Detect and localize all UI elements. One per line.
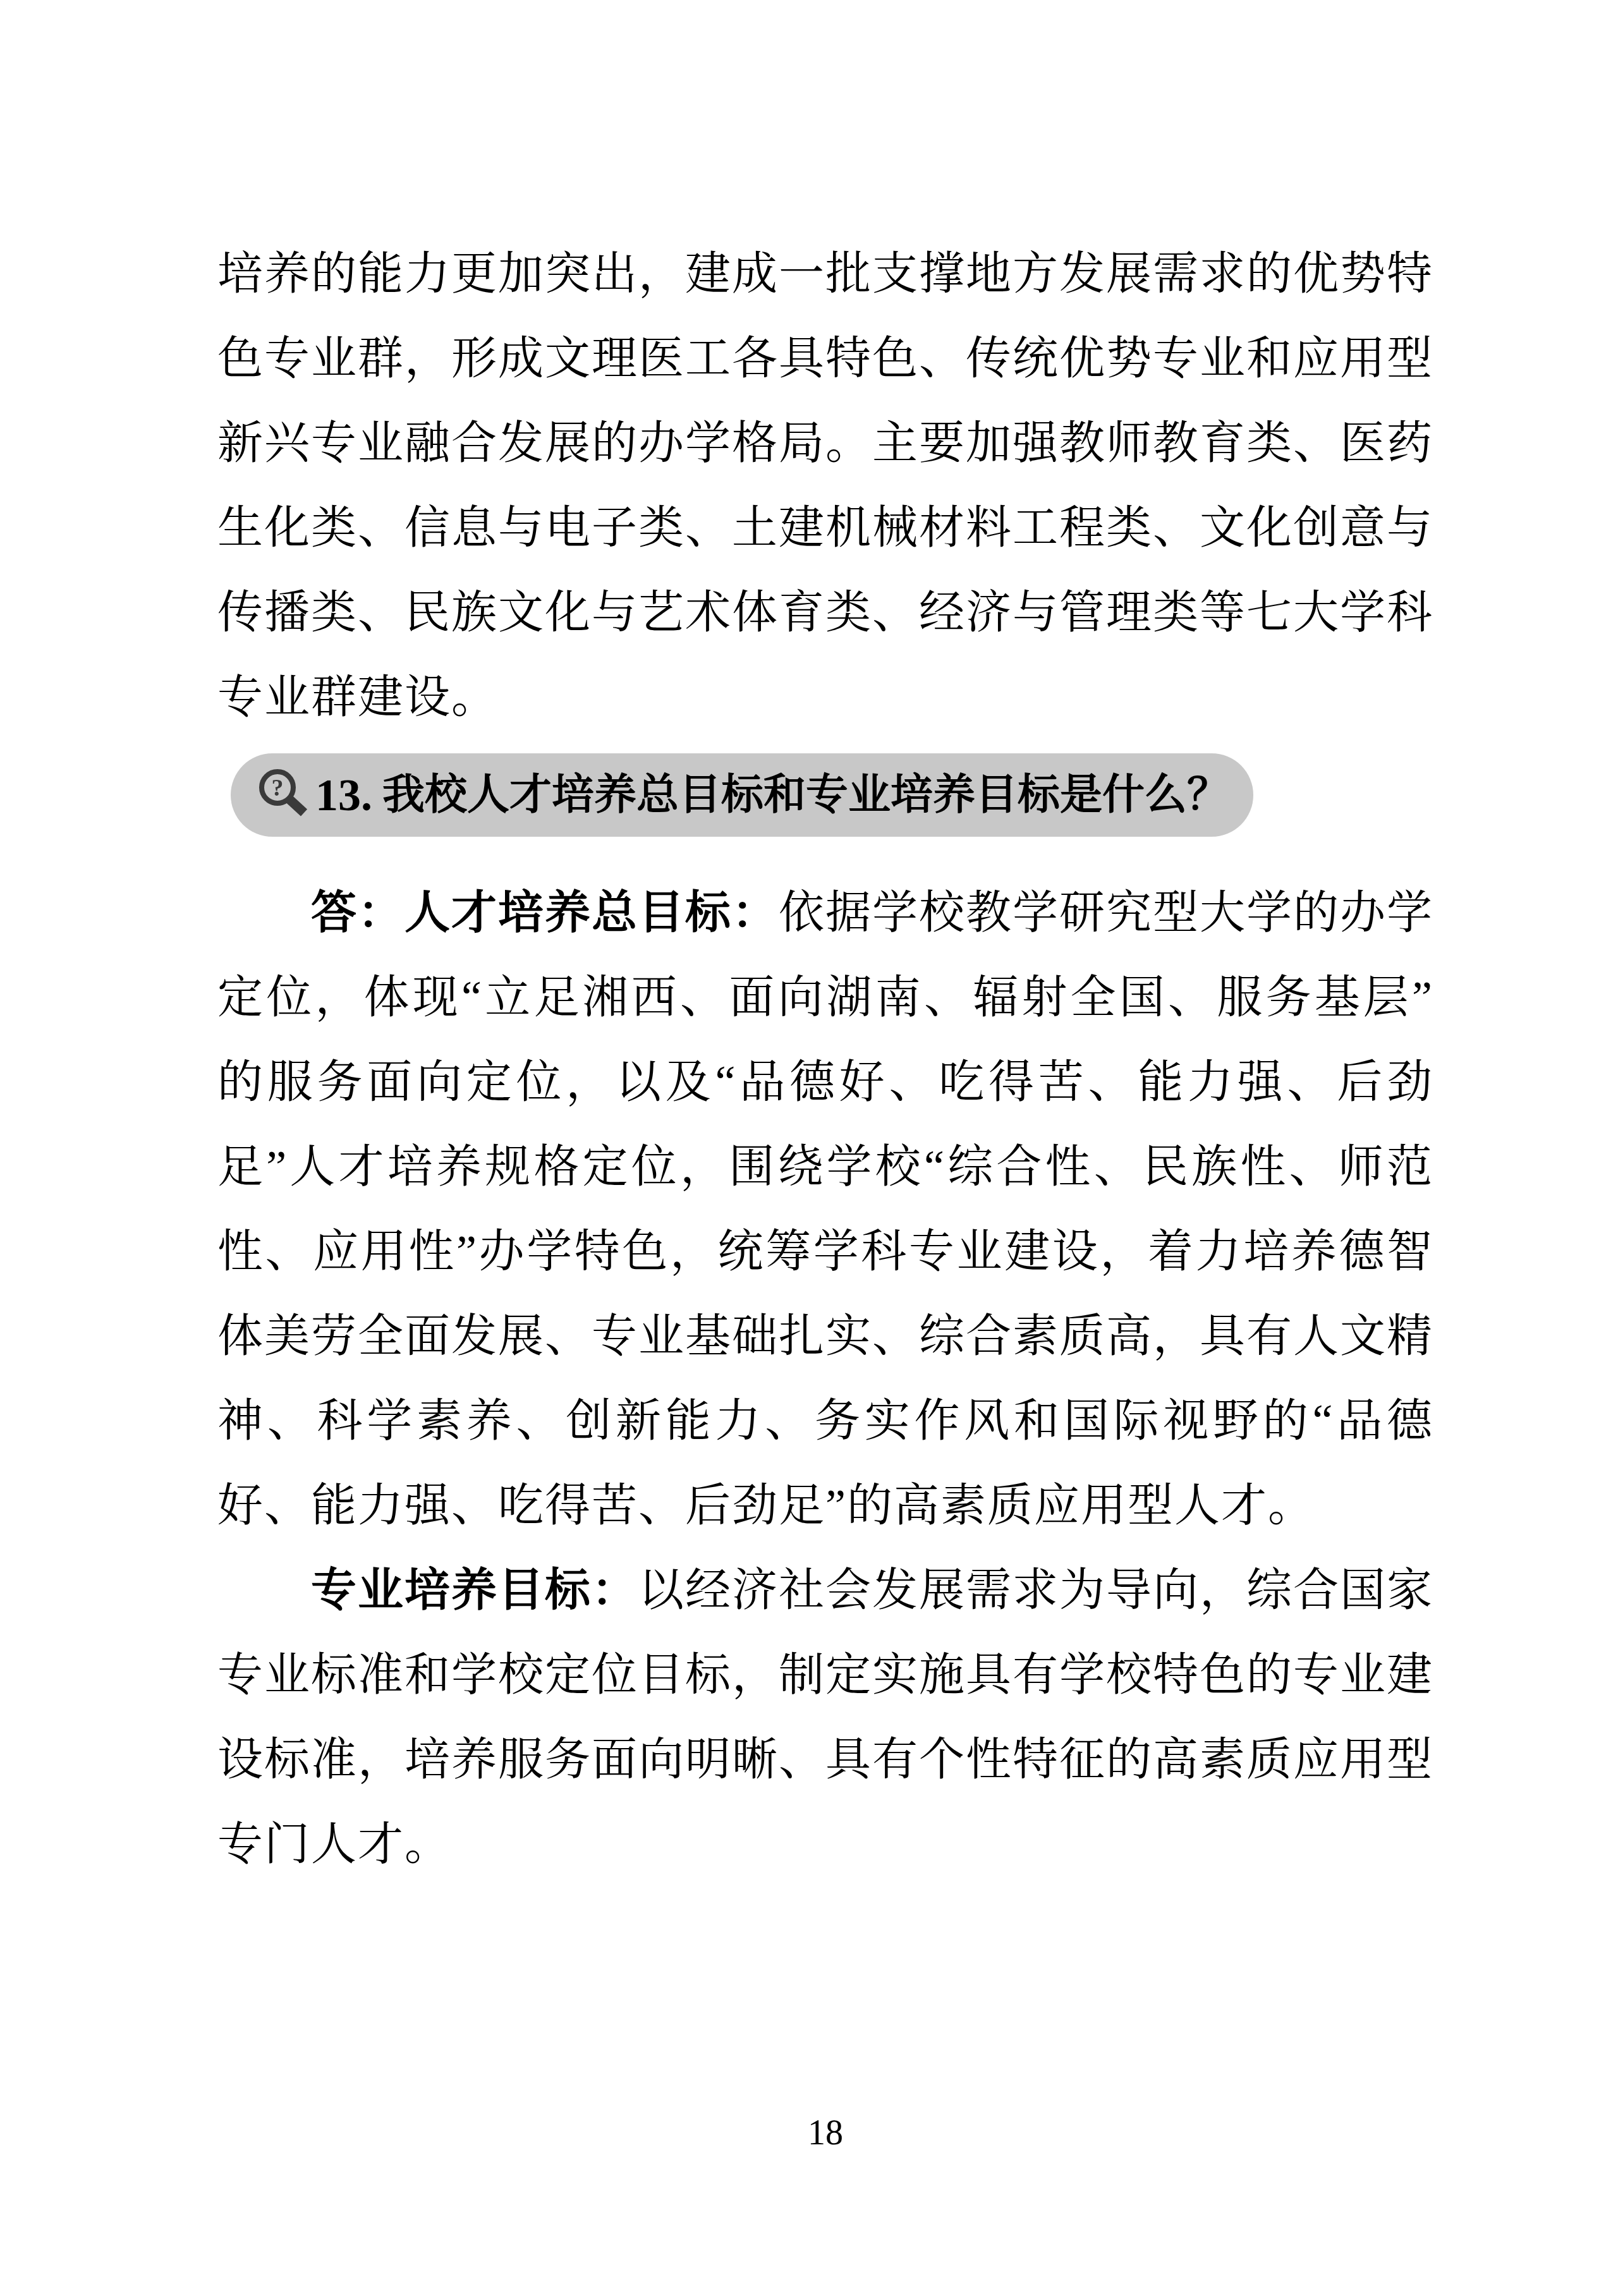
text-run: 培养的能力更加突出，建成一批支撑地方发展需求的优势特 (217, 248, 1433, 299)
content-column: 培养的能力更加突出，建成一批支撑地方发展需求的优势特色专业群，形成文理医工各具特… (217, 231, 1433, 1886)
text-line: 专业标准和学校定位目标，制定实施具有学校特色的专业建 (217, 1632, 1433, 1717)
magnifier-question-icon: ? (257, 768, 313, 822)
text-run: 新兴专业融合发展的办学格局。主要加强教师教育类、医药 (217, 418, 1433, 468)
text-run: 传播类、民族文化与艺术体育类、经济与管理类等七大学科 (217, 587, 1433, 638)
bold-run: 专业培养目标： (311, 1565, 638, 1615)
paragraph-answer-major-goal: 专业培养目标：以经济社会发展需求为导向，综合国家专业标准和学校定位目标，制定实施… (217, 1548, 1433, 1886)
text-run: 性、应用性”办学特色，统筹学科专业建设，着力培养德智 (217, 1226, 1433, 1277)
text-line: 神、科学素养、创新能力、务实作风和国际视野的“品德 (217, 1378, 1433, 1463)
text-run: 专业群建设。 (217, 672, 498, 722)
text-line: 设标准，培养服务面向明晰、具有个性特征的高素质应用型 (217, 1717, 1433, 1802)
text-run: 的服务面向定位，以及“品德好、吃得苦、能力强、后劲 (217, 1057, 1433, 1107)
bold-run: 答：人才培养总目标： (311, 887, 779, 938)
text-run: 色专业群，形成文理医工各具特色、传统优势专业和应用型 (217, 333, 1433, 384)
text-line: 生化类、信息与电子类、土建机械材料工程类、文化创意与 (217, 485, 1433, 570)
text-line: 好、能力强、吃得苦、后劲足”的高素质应用型人才。 (217, 1463, 1433, 1548)
question-number: 13. (315, 753, 372, 837)
text-line: 足”人才培养规格定位，围绕学校“综合性、民族性、师范 (217, 1124, 1433, 1209)
page-number: 18 (217, 2114, 1433, 2152)
question-mark-glyph: ? (272, 775, 284, 801)
paragraphs-before: 培养的能力更加突出，建成一批支撑地方发展需求的优势特色专业群，形成文理医工各具特… (217, 231, 1433, 739)
text-line: 的服务面向定位，以及“品德好、吃得苦、能力强、后劲 (217, 1040, 1433, 1124)
paragraphs-after: 答：人才培养总目标：依据学校教学研究型大学的办学定位，体现“立足湘西、面向湖南、… (217, 870, 1433, 1886)
text-line: 专业培养目标：以经济社会发展需求为导向，综合国家 (217, 1548, 1433, 1632)
text-line: 定位，体现“立足湘西、面向湖南、辐射全国、服务基层” (217, 955, 1433, 1040)
text-run: 专门人才。 (217, 1819, 451, 1869)
text-run: 足”人才培养规格定位，围绕学校“综合性、民族性、师范 (217, 1141, 1433, 1192)
paragraph-answer-overall-goal: 答：人才培养总目标：依据学校教学研究型大学的办学定位，体现“立足湘西、面向湖南、… (217, 870, 1433, 1548)
text-line: 答：人才培养总目标：依据学校教学研究型大学的办学 (217, 870, 1433, 955)
text-run: 定位，体现“立足湘西、面向湖南、辐射全国、服务基层” (217, 972, 1433, 1023)
text-run: 依据学校教学研究型大学的办学 (779, 887, 1433, 938)
question-13-header: ? 13. 我校人才培养总目标和专业培养目标是什么？ (231, 753, 1253, 837)
text-line: 性、应用性”办学特色，统筹学科专业建设，着力培养德智 (217, 1209, 1433, 1294)
text-line: 传播类、民族文化与艺术体育类、经济与管理类等七大学科 (217, 570, 1433, 655)
text-run: 专业标准和学校定位目标，制定实施具有学校特色的专业建 (217, 1649, 1433, 1700)
paragraph-intro: 培养的能力更加突出，建成一批支撑地方发展需求的优势特色专业群，形成文理医工各具特… (217, 231, 1433, 739)
question-title: 我校人才培养总目标和专业培养目标是什么？ (382, 753, 1229, 837)
text-run: 以经济社会发展需求为导向，综合国家 (638, 1565, 1433, 1615)
text-run: 设标准，培养服务面向明晰、具有个性特征的高素质应用型 (217, 1734, 1433, 1785)
text-line: 色专业群，形成文理医工各具特色、传统优势专业和应用型 (217, 316, 1433, 401)
document-page: 培养的能力更加突出，建成一批支撑地方发展需求的优势特色专业群，形成文理医工各具特… (0, 0, 1618, 2296)
text-line: 培养的能力更加突出，建成一批支撑地方发展需求的优势特 (217, 231, 1433, 316)
text-run: 好、能力强、吃得苦、后劲足”的高素质应用型人才。 (217, 1480, 1315, 1531)
text-line: 专业群建设。 (217, 655, 1433, 739)
text-run: 神、科学素养、创新能力、务实作风和国际视野的“品德 (217, 1395, 1433, 1446)
text-line: 新兴专业融合发展的办学格局。主要加强教师教育类、医药 (217, 401, 1433, 485)
text-line: 专门人才。 (217, 1802, 1433, 1886)
text-run: 生化类、信息与电子类、土建机械材料工程类、文化创意与 (217, 502, 1433, 553)
text-run: 体美劳全面发展、专业基础扎实、综合素质高，具有人文精 (217, 1311, 1433, 1361)
text-line: 体美劳全面发展、专业基础扎实、综合素质高，具有人文精 (217, 1294, 1433, 1378)
